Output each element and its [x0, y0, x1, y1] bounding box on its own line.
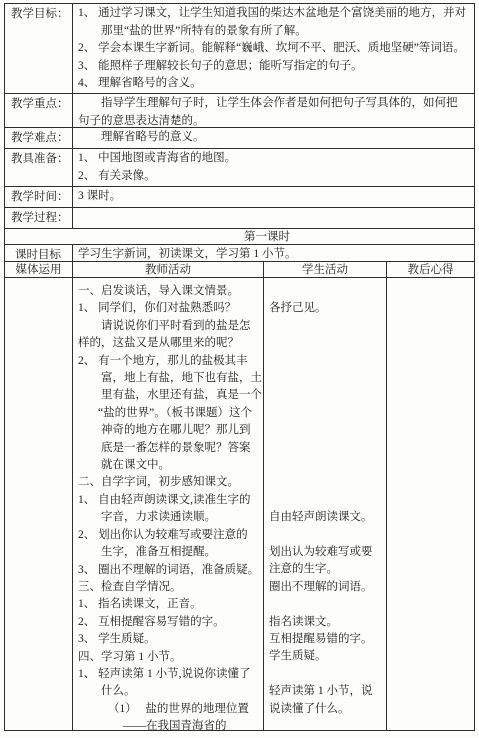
text-line: 1、 轻声读第 1 小节,说说你读懂了	[78, 666, 263, 683]
content-teaching-focus: 指导学生理解句子时，让学生体会作者是如何把句子写具体的，如何把句子的意思表达清楚…	[73, 94, 474, 128]
text-line: 理解省略号的意义。	[78, 129, 474, 147]
text-line: 字音，力求读通读顺。	[78, 509, 263, 526]
text-line: 富，地上有盐，地下也有盐，土	[78, 370, 263, 387]
text-line: 一、启发谈话，导入课文情景。	[78, 283, 263, 300]
text-line: 划出认为较难写或要	[269, 544, 386, 561]
text-line: 1、 指名读课文，正音。	[78, 596, 263, 613]
label-teaching-objectives: 教学目标：	[5, 4, 73, 94]
text-line: 1、 中国地图或青海省的地图。	[78, 150, 474, 168]
text-line: ——在我国青海省的	[78, 718, 263, 730]
text-line: 互相提醒易错的字。	[269, 631, 386, 648]
text-line: 就在课文中。	[78, 457, 263, 474]
content-teaching-process	[73, 208, 474, 229]
text-line: 1、 同学们，你们对盐熟悉吗？	[78, 300, 263, 317]
content-teaching-difficulty: 理解省略号的意义。	[73, 128, 474, 149]
text-line: 三、检查自学情况。	[78, 579, 263, 596]
text-line: 底是一番怎样的景象呢？答案	[78, 440, 263, 457]
column-header-student-activity: 学生活动	[264, 262, 387, 278]
column-header-teacher-activity: 教师活动	[73, 262, 264, 278]
text-line: 4、 理解省略号的含义。	[78, 75, 474, 93]
label-session-goal: 课时目标	[5, 245, 73, 262]
text-line: 3 课时。	[78, 188, 474, 206]
text-line: 生字，准备互相提醒。	[78, 544, 263, 561]
content-teaching-aids: 1、 中国地图或青海省的地图。2、 有关录像。	[73, 149, 474, 187]
text-line: 2、 划出你认为较难写或要注意的	[78, 527, 263, 544]
text-line: 2、 有一个地方，那儿的盐极其丰	[78, 353, 263, 370]
text-line: 四、学习第 1 小节。	[78, 649, 263, 666]
text-line: 什么。	[78, 683, 263, 700]
text-line: 2、 学会本课生字新词。能解释“巍峨、坎坷不平、肥沃、质地坚硬”等词语。	[78, 40, 474, 58]
column-header-media-usage: 媒体运用	[5, 262, 73, 278]
text-line: 指导学生理解句子时，让学生体会作者是如何把句子写具体的，如何把	[78, 95, 474, 113]
text-line: 学生质疑。	[269, 648, 386, 665]
text-line: 2、 有关录像。	[78, 168, 474, 186]
teacher-activity-cell: 一、启发谈话，导入课文情景。1、 同学们，你们对盐熟悉吗？请说说你们平时看到的盐…	[73, 278, 264, 730]
content-teaching-time: 3 课时。	[73, 187, 474, 208]
text-line: 指名读课文。	[269, 614, 386, 631]
text-line: 1、 自由轻声朗读课文,读准生字的	[78, 492, 263, 509]
text-line: 句子的意思表达清楚的。	[78, 113, 474, 129]
label-teaching-time: 教学时间：	[5, 187, 73, 208]
text-line: 样的，这盐又是从哪里来的呢？	[78, 335, 263, 352]
student-activity-cell: 各抒己见。自由轻声朗读课文。划出认为较难写或要注意的生字。圈出不理解的词语。指名…	[264, 278, 387, 730]
text-line: 圈出不理解的词语。	[269, 579, 386, 596]
text-line: “盐的世界”。（板书课题）这个	[78, 405, 263, 422]
text-line: 注意的生字。	[269, 561, 386, 578]
text-line: 2、 互相提醒容易写错的字。	[78, 614, 263, 631]
text-line: 那里“盐的世界”所特有的景象有所了解。	[78, 23, 474, 41]
text-line: 3、 能照样子理解较长句子的意思；能听写指定的句子。	[78, 58, 474, 76]
text-line: 里有盐，水里还有盐，真是一个	[78, 387, 263, 404]
label-teaching-aids: 教具准备：	[5, 149, 73, 187]
text-line: 各抒己见。	[269, 300, 386, 317]
text-line: 说读懂了什么。	[269, 701, 386, 718]
column-header-reflection: 教后心得	[387, 262, 474, 278]
text-line: 1、 通过学习课文，让学生知道我国的柴达木盆地是个富饶美丽的地方，并对	[78, 5, 474, 23]
text-line: 3、 圈出不理解的词语，准备质疑。	[78, 562, 263, 579]
reflection-notes-cell	[387, 278, 474, 730]
label-teaching-difficulty: 教学难点：	[5, 128, 73, 149]
lesson-plan-grid: 教学目标： 1、 通过学习课文，让学生知道我国的柴达木盆地是个富饶美丽的地方，并…	[4, 3, 475, 731]
content-session-goal: 学习生字新词，初读课文，学习第 1 小节。	[73, 245, 474, 262]
text-line: 3、 学生质疑。	[78, 631, 263, 648]
media-usage-cell	[5, 278, 73, 730]
text-line: 神奇的地方在哪儿呢？那儿到	[78, 422, 263, 439]
text-line: 二、自学字词，初步感知课文。	[78, 474, 263, 491]
label-teaching-focus: 教学重点：	[5, 94, 73, 128]
label-teaching-process: 教学过程：	[5, 208, 73, 229]
content-teaching-objectives: 1、 通过学习课文，让学生知道我国的柴达木盆地是个富饶美丽的地方，并对那里“盐的…	[73, 4, 474, 94]
text-line: 自由轻声朗读课文。	[269, 509, 386, 526]
lesson-plan-table: 教学目标： 1、 通过学习课文，让学生知道我国的柴达木盆地是个富饶美丽的地方，并…	[4, 3, 475, 731]
text-line: 轻声读第 1 小节，说	[269, 683, 386, 700]
session-title: 第一课时	[5, 229, 474, 245]
text-line: 请说说你们平时看到的盐是怎	[78, 318, 263, 335]
text-line: （1） 盐的世界的地理位置	[78, 701, 263, 718]
